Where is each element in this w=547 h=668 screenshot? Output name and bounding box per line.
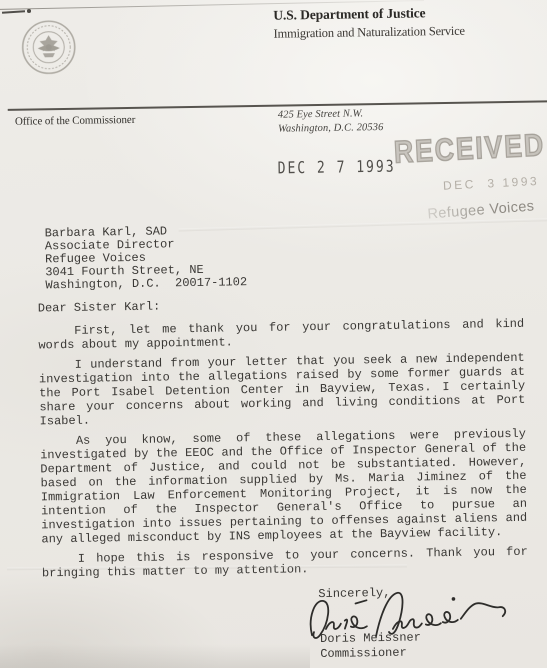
- received-stamp: RECEIVED: [393, 128, 546, 171]
- doj-seal-icon: [19, 18, 78, 77]
- typed-signature-name: Doris Meissner: [320, 630, 421, 646]
- paragraph-1: First, let me thank you for your congrat…: [38, 317, 524, 353]
- signer-title: Commissioner: [320, 646, 407, 661]
- letter-body: Dear Sister Karl: First, let me thank yo…: [38, 294, 528, 581]
- paragraph-2: I understand from your letter that you s…: [39, 351, 526, 429]
- scan-shadow: [0, 644, 310, 668]
- paragraph-3: As you know, some of these allegations w…: [40, 427, 528, 547]
- service-title: Immigration and Naturalization Service: [273, 24, 465, 42]
- salutation: Dear Sister Karl:: [38, 294, 524, 316]
- letter-content: U.S. Department of Justice Immigration a…: [0, 0, 547, 668]
- recipient-address-block: Barbara Karl, SAD Associate Director Ref…: [45, 224, 248, 292]
- date-stamp: DEC 2 7 1993: [278, 158, 396, 179]
- letterhead-street: 425 Eye Street N.W.: [278, 108, 364, 120]
- office-line: Office of the Commissioner: [15, 114, 135, 128]
- closing-block: Sincerely, Doris Meissner Commissione: [309, 584, 540, 664]
- recipient-city: Washington, D.C. 20017-1102: [45, 276, 247, 292]
- scanned-letter-page: U.S. Department of Justice Immigration a…: [0, 0, 547, 668]
- letterhead-city: Washington, D.C. 20536: [278, 122, 384, 135]
- received-date-stamp: DEC 3 1993: [443, 174, 540, 193]
- paragraph-4: I hope this is responsive to your concer…: [42, 545, 528, 581]
- department-title: U.S. Department of Justice: [273, 5, 425, 23]
